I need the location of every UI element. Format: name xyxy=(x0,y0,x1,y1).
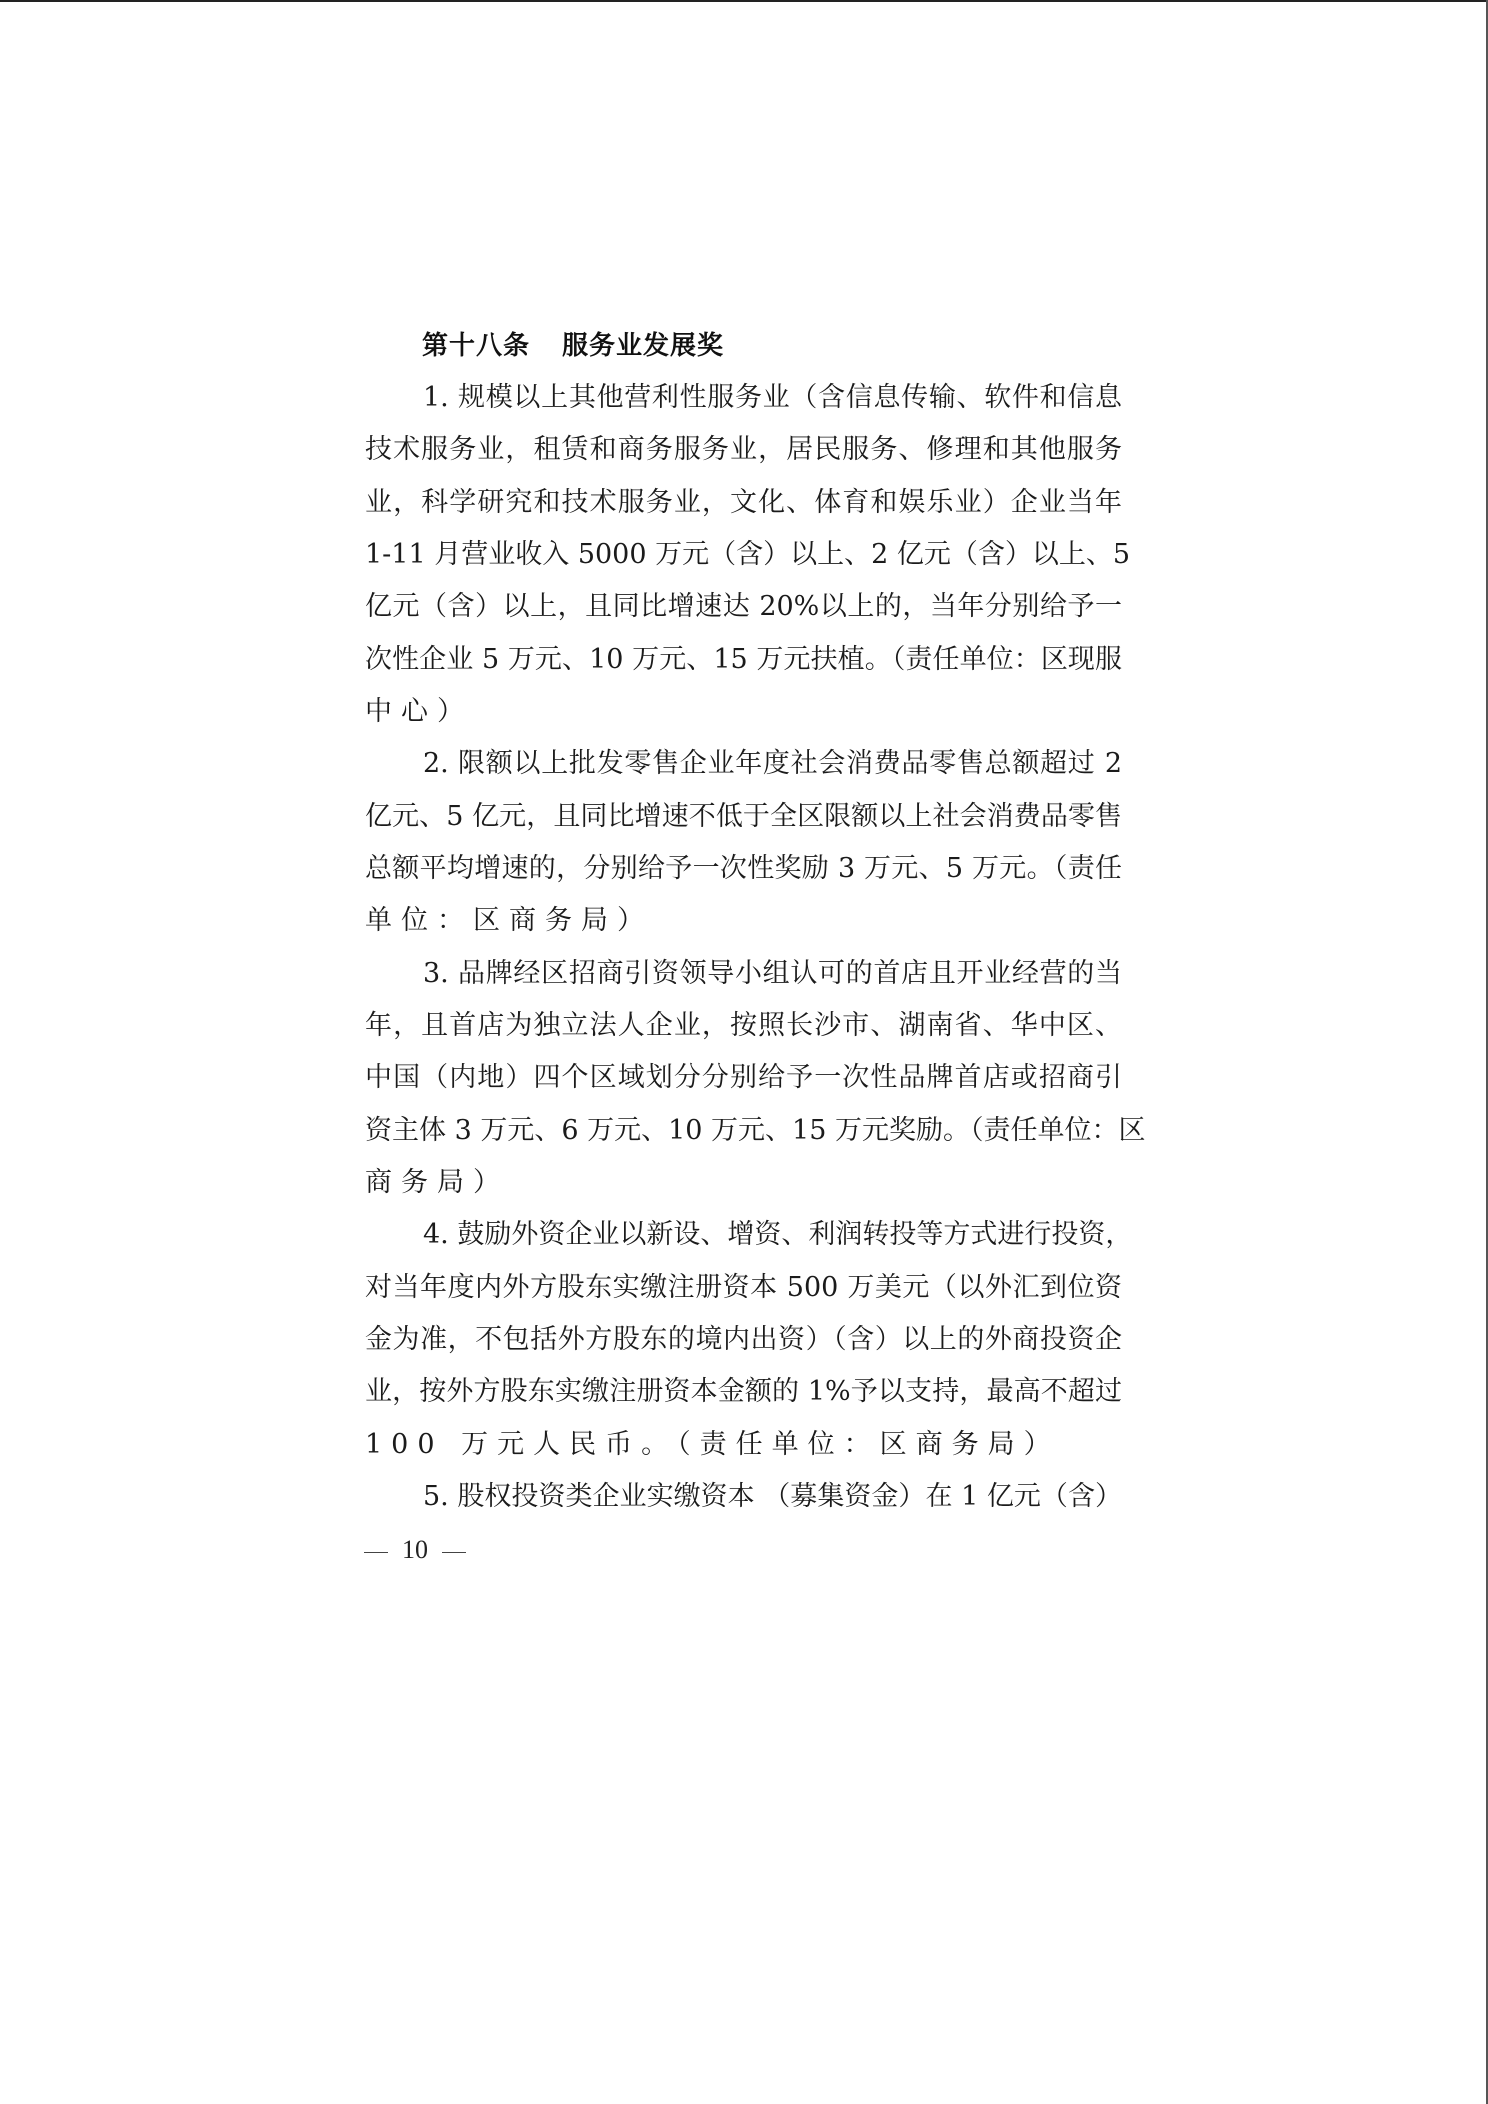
text-line: 资主体 3 万元、6 万元、10 万元、15 万元奖励。（责任单位：区 xyxy=(365,1111,1122,1151)
text-line: 业，按外方股东实缴注册资本金额的 1%予以支持，最高不超过 xyxy=(365,1372,1122,1412)
text-line: 金为准，不包括外方股东的境内出资）（含）以上的外商投资企 xyxy=(365,1320,1122,1360)
page-number: 10 xyxy=(364,1532,466,1568)
text-line: 年，且首店为独立法人企业，按照长沙市、湖南省、华中区、 xyxy=(365,1006,1122,1046)
document-page: 第十八条服务业发展奖 1. 规模以上其他营利性服务业（含信息传输、软件和信息 技… xyxy=(0,0,1488,2104)
text-line: 1. 规模以上其他营利性服务业（含信息传输、软件和信息 xyxy=(423,378,1122,418)
page-number-dash-right xyxy=(442,1552,466,1553)
text-line: 商务局） xyxy=(365,1163,1122,1203)
page-number-dash-left xyxy=(364,1552,388,1553)
text-line: 单位：区商务局） xyxy=(365,901,1122,941)
text-line: 100 万元人民币。（责任单位：区商务局） xyxy=(365,1425,1122,1465)
text-line: 3. 品牌经区招商引资领导小组认可的首店且开业经营的当 xyxy=(423,954,1122,994)
article-title: 服务业发展奖 xyxy=(562,331,724,361)
text-line: 总额平均增速的，分别给予一次性奖励 3 万元、5 万元。（责任 xyxy=(365,849,1122,889)
text-line: 对当年度内外方股东实缴注册资本 500 万美元（以外汇到位资 xyxy=(365,1268,1122,1308)
text-line: 中国（内地）四个区域划分分别给予一次性品牌首店或招商引 xyxy=(365,1058,1122,1098)
text-line: 5. 股权投资类企业实缴资本 （募集资金）在 1 亿元（含） xyxy=(423,1477,1122,1517)
text-line: 业，科学研究和技术服务业，文化、体育和娱乐业）企业当年 xyxy=(365,483,1122,523)
text-line: 亿元（含）以上，且同比增速达 20%以上的，当年分别给予一 xyxy=(365,587,1122,627)
page-number-value: 10 xyxy=(402,1535,428,1564)
text-line: 技术服务业，租赁和商务服务业，居民服务、修理和其他服务 xyxy=(365,430,1122,470)
text-line: 次性企业 5 万元、10 万元、15 万元扶植。（责任单位：区现服 xyxy=(365,640,1122,680)
article-number: 第十八条 xyxy=(422,331,530,361)
text-line: 2. 限额以上批发零售企业年度社会消费品零售总额超过 2 xyxy=(423,744,1122,784)
article-heading: 第十八条服务业发展奖 xyxy=(422,326,724,366)
text-line: 中心） xyxy=(365,692,1122,732)
text-line: 1-11 月营业收入 5000 万元（含）以上、2 亿元（含）以上、5 xyxy=(365,535,1122,575)
text-line: 4. 鼓励外资企业以新设、增资、利润转投等方式进行投资， xyxy=(423,1215,1122,1255)
text-line: 亿元、5 亿元，且同比增速不低于全区限额以上社会消费品零售 xyxy=(365,797,1122,837)
